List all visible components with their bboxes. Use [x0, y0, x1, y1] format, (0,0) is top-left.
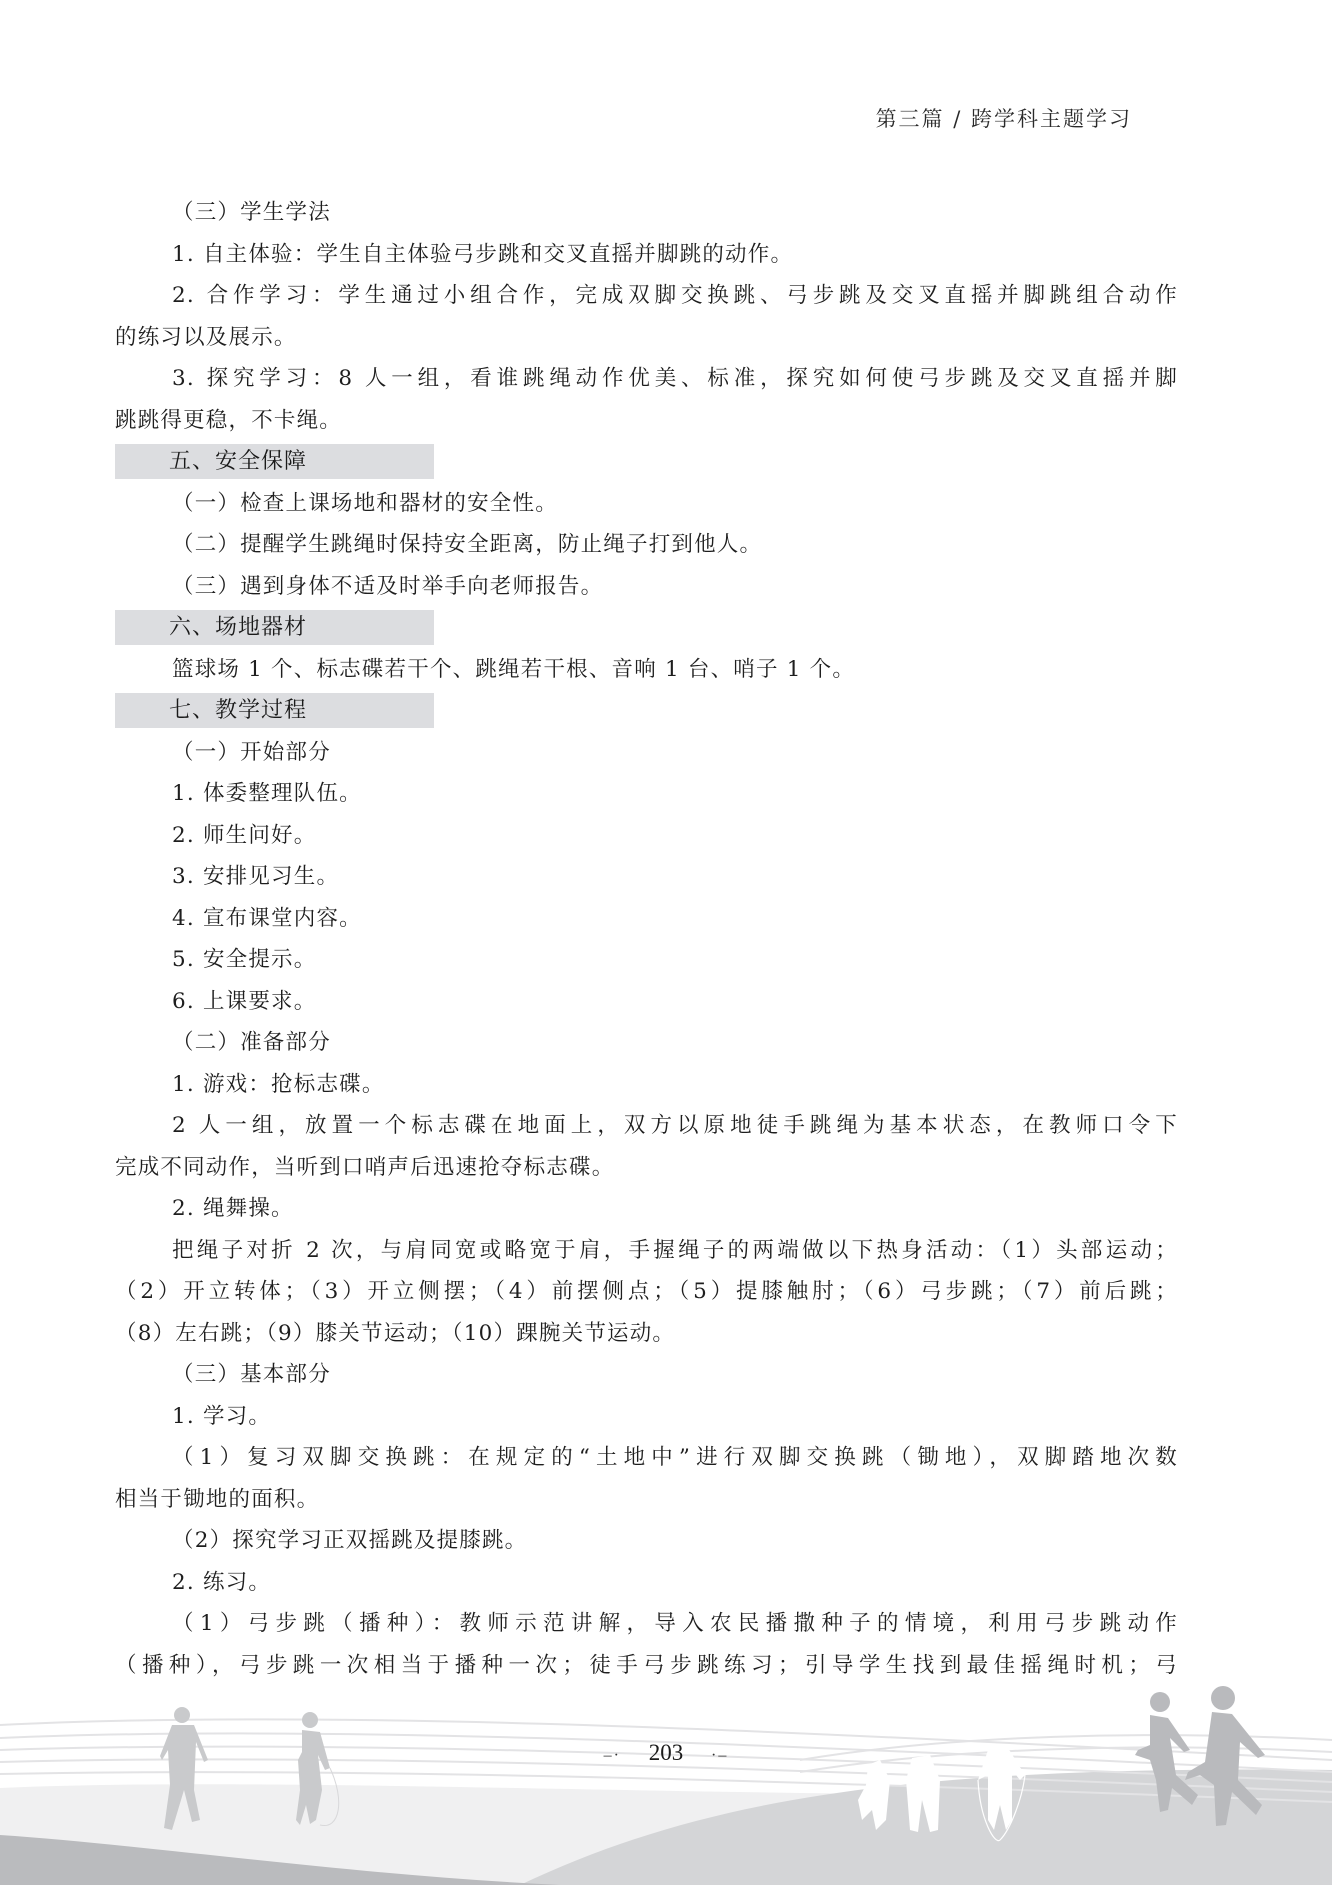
section-heading-equipment: 六、场地器材	[115, 610, 434, 645]
paragraph-line: （一）检查上课场地和器材的安全性。	[115, 483, 1178, 525]
running-head: 第三篇 / 跨学科主题学习	[876, 103, 1132, 133]
list-item: 6. 上课要求。	[115, 981, 1178, 1023]
paragraph-line: 篮球场 1 个、标志碟若干个、跳绳若干根、音响 1 台、哨子 1 个。	[115, 649, 1178, 691]
list-item: 4. 宣布课堂内容。	[115, 898, 1178, 940]
list-item: 1. 体委整理队伍。	[115, 773, 1178, 815]
paragraph-line: 的练习以及展示。	[115, 317, 1178, 359]
paragraph-line: （1）弓步跳（播种）：教师示范讲解，导入农民播撒种子的情境，利用弓步跳动作	[115, 1603, 1178, 1645]
paragraph-line: （2）开立转体；（3）开立侧摆；（4）前摆侧点；（5）提膝触肘；（6）弓步跳；（…	[115, 1271, 1178, 1313]
list-item: 2. 师生问好。	[115, 815, 1178, 857]
sports-silhouettes-footer	[0, 1680, 1332, 1885]
paragraph-line: 1. 自主体验：学生自主体验弓步跳和交叉直摇并脚跳的动作。	[115, 234, 1178, 276]
paragraph-line: 3. 探究学习：8 人一组，看谁跳绳动作优美、标准，探究如何使弓步跳及交叉直摇并…	[115, 358, 1178, 400]
list-item: 1. 学习。	[115, 1396, 1178, 1438]
list-item: 3. 安排见习生。	[115, 856, 1178, 898]
subheading-preparation: （二）准备部分	[115, 1022, 1178, 1064]
paragraph-line: 2 人一组，放置一个标志碟在地面上，双方以原地徒手跳绳为基本状态，在教师口令下	[115, 1105, 1178, 1147]
list-item: 2. 练习。	[115, 1562, 1178, 1604]
paragraph-line: （8）左右跳；（9）膝关节运动；（10）踝腕关节运动。	[115, 1313, 1178, 1355]
body-text: （三）学生学法 1. 自主体验：学生自主体验弓步跳和交叉直摇并脚跳的动作。 2.…	[115, 192, 1178, 1686]
list-item: 2. 绳舞操。	[115, 1188, 1178, 1230]
paragraph-line: （二）提醒学生跳绳时保持安全距离，防止绳子打到他人。	[115, 524, 1178, 566]
paragraph-line: 相当于锄地的面积。	[115, 1479, 1178, 1521]
list-item: 1. 游戏：抢标志碟。	[115, 1064, 1178, 1106]
paragraph-line: 跳跳得更稳，不卡绳。	[115, 400, 1178, 442]
page-number-ornament-right: ·–	[711, 1747, 728, 1764]
page-number-block: –· 203 ·–	[0, 1740, 1332, 1766]
paragraph-line: 2. 合作学习：学生通过小组合作，完成双脚交换跳、弓步跳及交叉直摇并脚跳组合动作	[115, 275, 1178, 317]
section-heading-teaching-process: 七、教学过程	[115, 693, 434, 728]
paragraph-line: （三）遇到身体不适及时举手向老师报告。	[115, 566, 1178, 608]
paragraph-line: 完成不同动作，当听到口哨声后迅速抢夺标志碟。	[115, 1147, 1178, 1189]
page-number: 203	[649, 1740, 684, 1765]
subheading-basic: （三）基本部分	[115, 1354, 1178, 1396]
subheading-student-methods: （三）学生学法	[115, 192, 1178, 234]
list-item: 5. 安全提示。	[115, 939, 1178, 981]
paragraph-line: （1）复习双脚交换跳：在规定的“土地中”进行双脚交换跳（锄地），双脚踏地次数	[115, 1437, 1178, 1479]
subheading-opening: （一）开始部分	[115, 732, 1178, 774]
paragraph-line: （2）探究学习正双摇跳及提膝跳。	[115, 1520, 1178, 1562]
paragraph-line: 把绳子对折 2 次，与肩同宽或略宽于肩，手握绳子的两端做以下热身活动：（1）头部…	[115, 1230, 1178, 1272]
page-number-ornament-left: –·	[604, 1747, 621, 1764]
section-heading-safety: 五、安全保障	[115, 444, 434, 479]
